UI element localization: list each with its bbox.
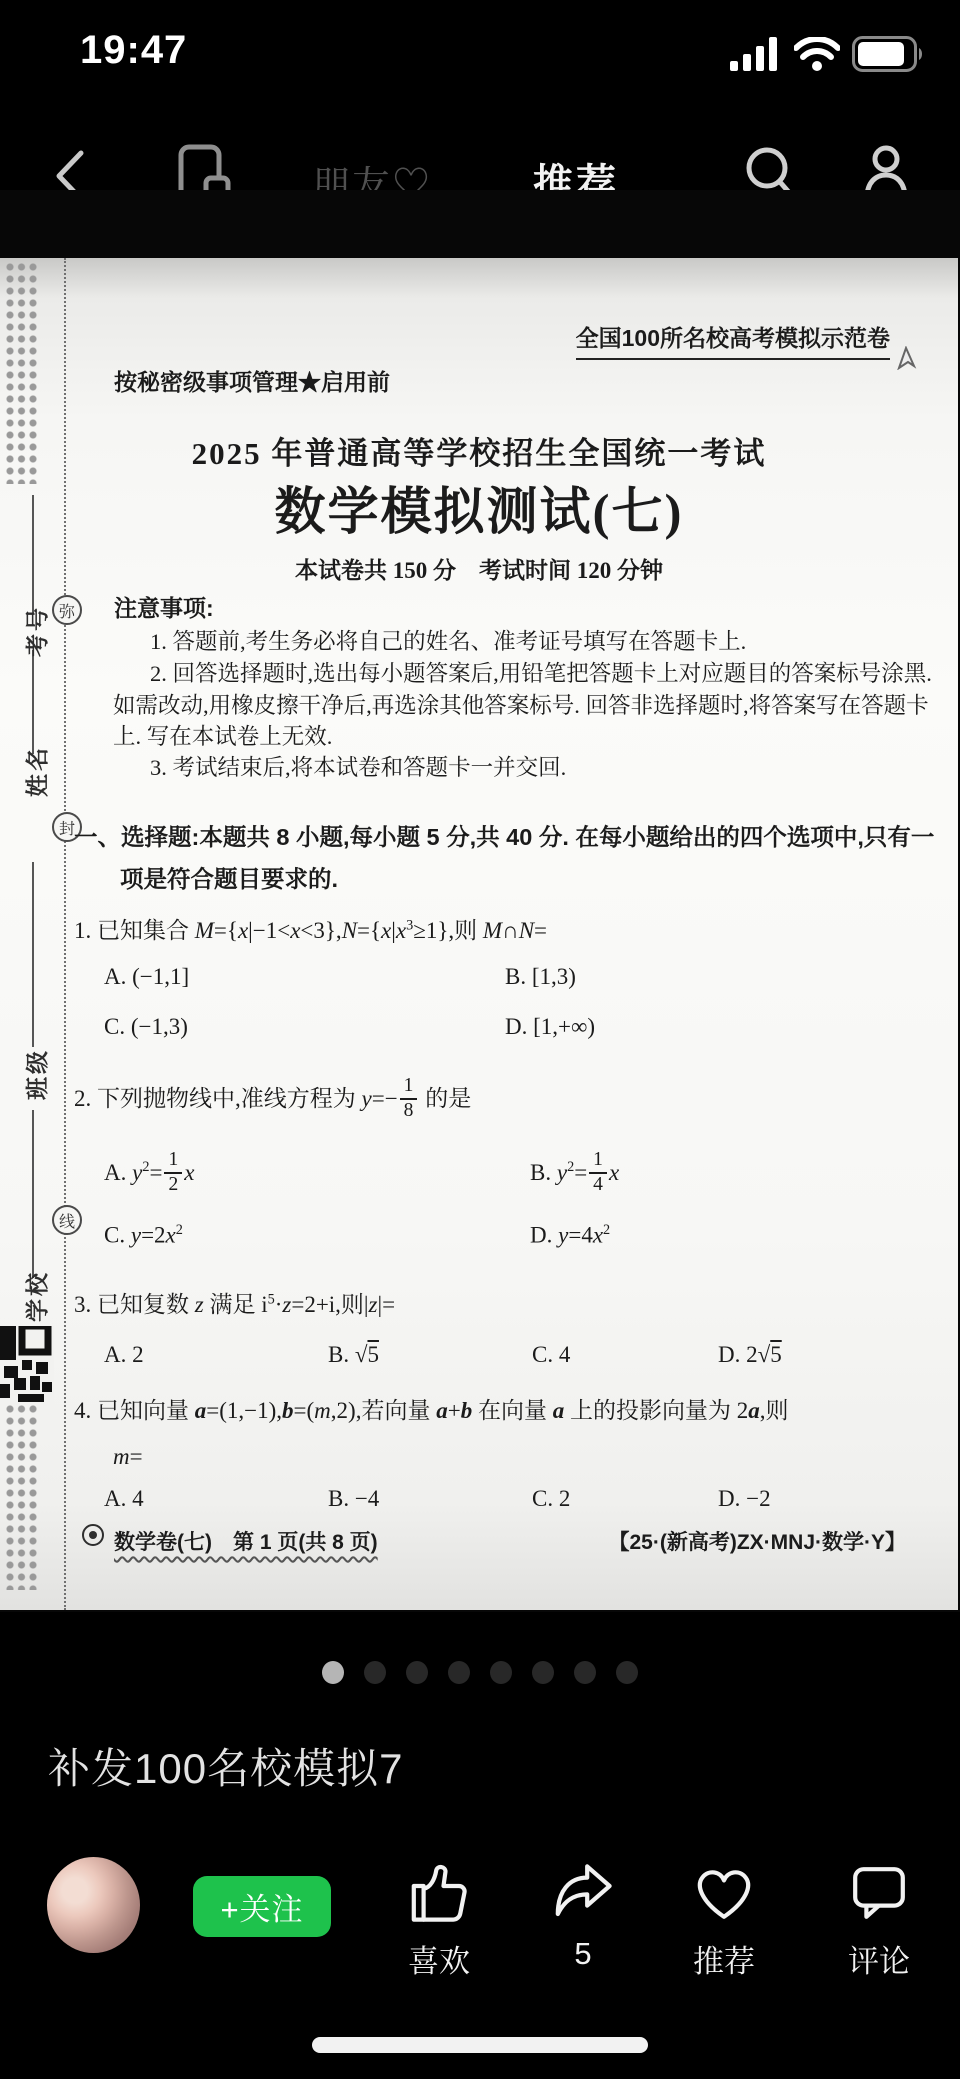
paper-footer-code: 【25·(新高考)ZX·MNJ·数学·Y】 [609,1526,907,1556]
comment-icon[interactable] [845,1858,913,1928]
comment-label: 评论 [848,1936,910,1981]
q4-option-b: B. −4 [328,1486,379,1512]
home-indicator[interactable] [312,2037,648,2053]
q1-option-d: D. [1,+∞) [505,1014,595,1040]
seal-label-class: 班级 [19,1046,45,1102]
qr-code [0,1326,54,1404]
q2-option-b: B. y2=14x [530,1152,619,1197]
wifi-icon [794,37,840,71]
q4-option-c: C. 2 [532,1486,570,1512]
pagination-dot-6 [532,1661,554,1684]
q3-option-c: C. 4 [532,1342,570,1368]
q1-option-c: C. (−1,3) [104,1014,188,1040]
exam-meta: 本试卷共 150 分 考试时间 120 分钟 [0,552,958,585]
question-3-stem: 3. 已知复数 z 满足 i5·z=2+i,则|z|= [74,1286,395,1319]
pagination-dot-3 [406,1661,428,1684]
notice-line: 上. 写在本试卷上无效. [113,719,332,751]
pagination-dot-1 [322,1661,344,1684]
recommend-label: 推荐 [693,1936,755,1981]
q1-option-b: B. [1,3) [505,964,576,990]
seal-rule [32,862,34,1047]
like-label: 喜欢 [408,1936,470,1981]
pagination-dot-5 [490,1661,512,1684]
section-heading-line1: 一、选择题:本题共 8 小题,每小题 5 分,共 40 分. 在每小题给出的四个… [74,818,934,852]
question-1-stem: 1. 已知集合 M={x|−1<x<3},N={x|x3≥1},则 M∩N= [74,912,547,945]
question-4-stem-line2: m= [113,1444,143,1470]
status-time: 19:47 [80,28,187,73]
battery-icon [852,36,926,72]
section-heading-line2: 项是符合题目要求的. [120,860,338,894]
seal-char-xian: 线 [52,1205,82,1235]
seal-label-exam-number: 考号 [19,603,45,659]
q4-option-a: A. 4 [104,1486,144,1512]
like-action[interactable]: 喜欢 [379,1858,499,1981]
seal-label-school: 学校 [19,1268,45,1324]
seal-char-mi: 弥 [52,595,82,625]
q4-option-d: D. −2 [718,1486,771,1512]
pagination-dots[interactable] [0,1661,960,1684]
notice-line: 2. 回答选择题时,选出每小题答案后,用铅笔把答题卡上对应题目的答案标号涂黑. [150,656,932,688]
q1-option-a: A. (−1,1] [104,964,189,990]
pagination-dot-8 [616,1661,638,1684]
pagination-dot-4 [448,1661,470,1684]
share-icon[interactable] [549,1858,617,1928]
recommend-action[interactable]: 推荐 [664,1858,784,1981]
cursor-icon [896,346,918,370]
share-action[interactable]: 5 [523,1858,643,1972]
paper-series-title: 全国100所名校高考模拟示范卷 [576,320,890,360]
signal-icon [730,37,782,71]
thumb-up-icon[interactable] [405,1858,473,1928]
seal-rule [32,1110,34,1278]
q2-option-c: C. y=2x2 [104,1222,183,1249]
question-4-stem-line1: 4. 已知向量 a=(1,−1),b=(m,2),若向量 a+b 在向量 a 上… [74,1392,788,1425]
exam-paper: 考号 姓名 班级 学校 弥 封 线 全国100所名校高考模拟示范卷 [0,258,958,1610]
question-2-stem: 2. 下列抛物线中,准线方程为 y=−18 的是 [74,1078,471,1123]
notice-line: 1. 答题前,考生务必将自己的姓名、准考证号填写在答题卡上. [150,624,746,656]
q3-option-d: D. 2√5 [718,1342,782,1368]
q3-option-a: A. 2 [104,1342,144,1368]
notice-title: 注意事项: [114,590,214,623]
secrecy-notice: 按秘密级事项管理★启用前 [114,364,390,397]
paper-footer-page: 数学卷(七) 第 1 页(共 8 页) [114,1526,378,1556]
pagination-dot-2 [364,1661,386,1684]
exam-title-line2: 数学模拟测试(七) [0,470,958,544]
q2-option-a: A. y2=12x [104,1152,194,1197]
publisher-logo-icon [82,1524,104,1546]
seal-rule [32,650,34,754]
perforation-strip-bottom [5,1404,39,1590]
exam-title-line1: 2025 年普通高等学校招生全国统一考试 [0,428,958,473]
notice-line: 3. 考试结束后,将本试卷和答题卡一并交回. [150,750,566,782]
pagination-dot-7 [574,1661,596,1684]
share-count: 5 [574,1936,591,1972]
status-icons [730,36,926,72]
comment-action[interactable]: 评论 [819,1858,939,1981]
post-image[interactable]: 考号 姓名 班级 学校 弥 封 线 全国100所名校高考模拟示范卷 [0,190,960,1612]
author-avatar[interactable] [47,1857,140,1953]
heart-icon[interactable] [690,1858,758,1928]
q2-option-d: D. y=4x2 [530,1222,610,1249]
q3-option-b: B. √5 [328,1342,379,1368]
follow-button[interactable]: +关注 [193,1876,331,1937]
post-caption: 补发100名校模拟7 [48,1736,403,1796]
seal-label-name: 姓名 [19,743,45,799]
notice-line: 如需改动,用橡皮擦干净后,再选涂其他答案标号. 回答非选择题时,将答案写在答题卡 [113,688,929,720]
